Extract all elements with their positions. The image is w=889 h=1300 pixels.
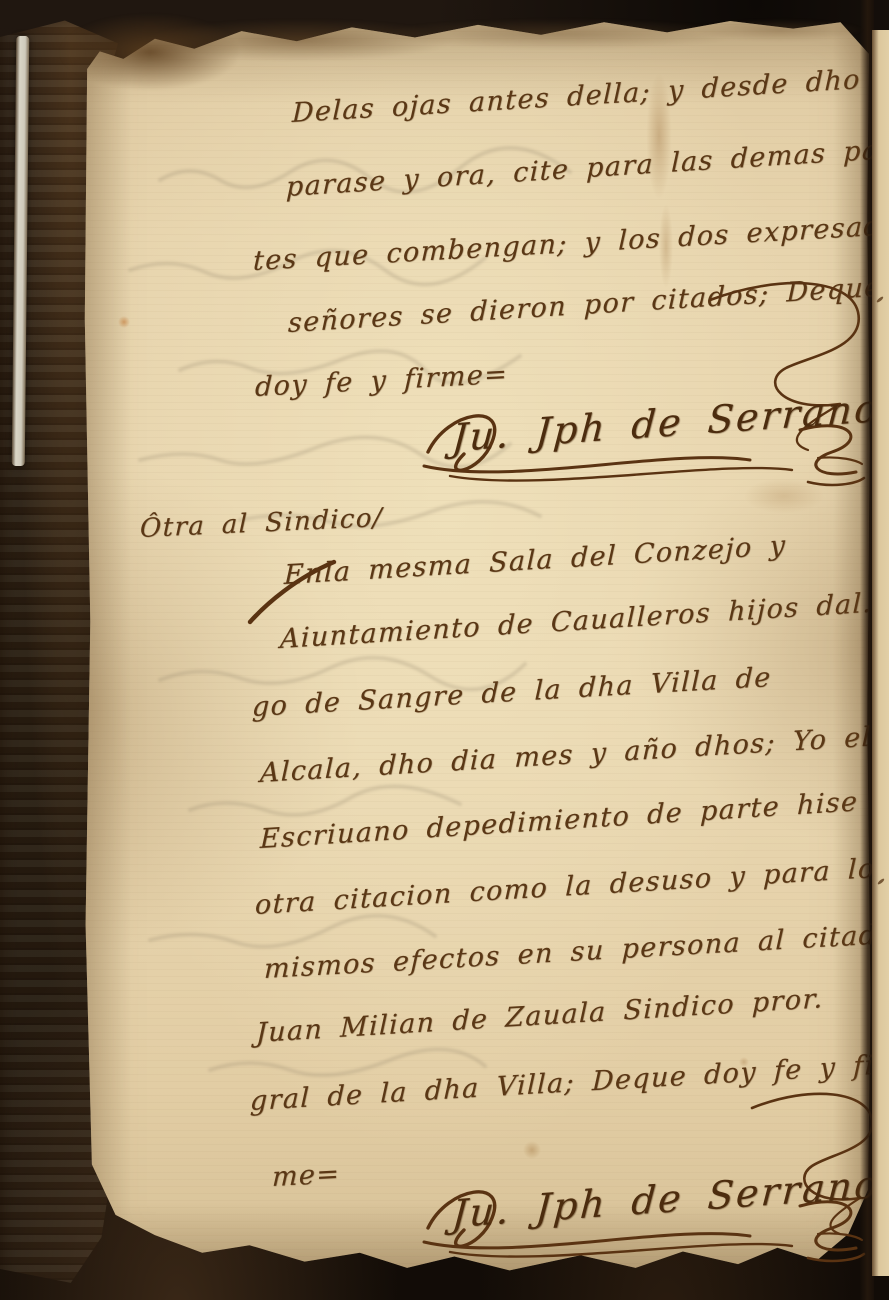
flourish-strokes <box>250 562 334 622</box>
initial-letter-stroke <box>246 556 336 626</box>
manuscript-line: me= <box>271 1158 340 1193</box>
manuscript-photo: { "manuscript": { "description": "Photog… <box>0 0 889 1300</box>
facing-page-sliver <box>872 30 889 1276</box>
facing-page-ink-mark <box>877 878 885 885</box>
facing-page-ink-mark <box>876 296 884 303</box>
